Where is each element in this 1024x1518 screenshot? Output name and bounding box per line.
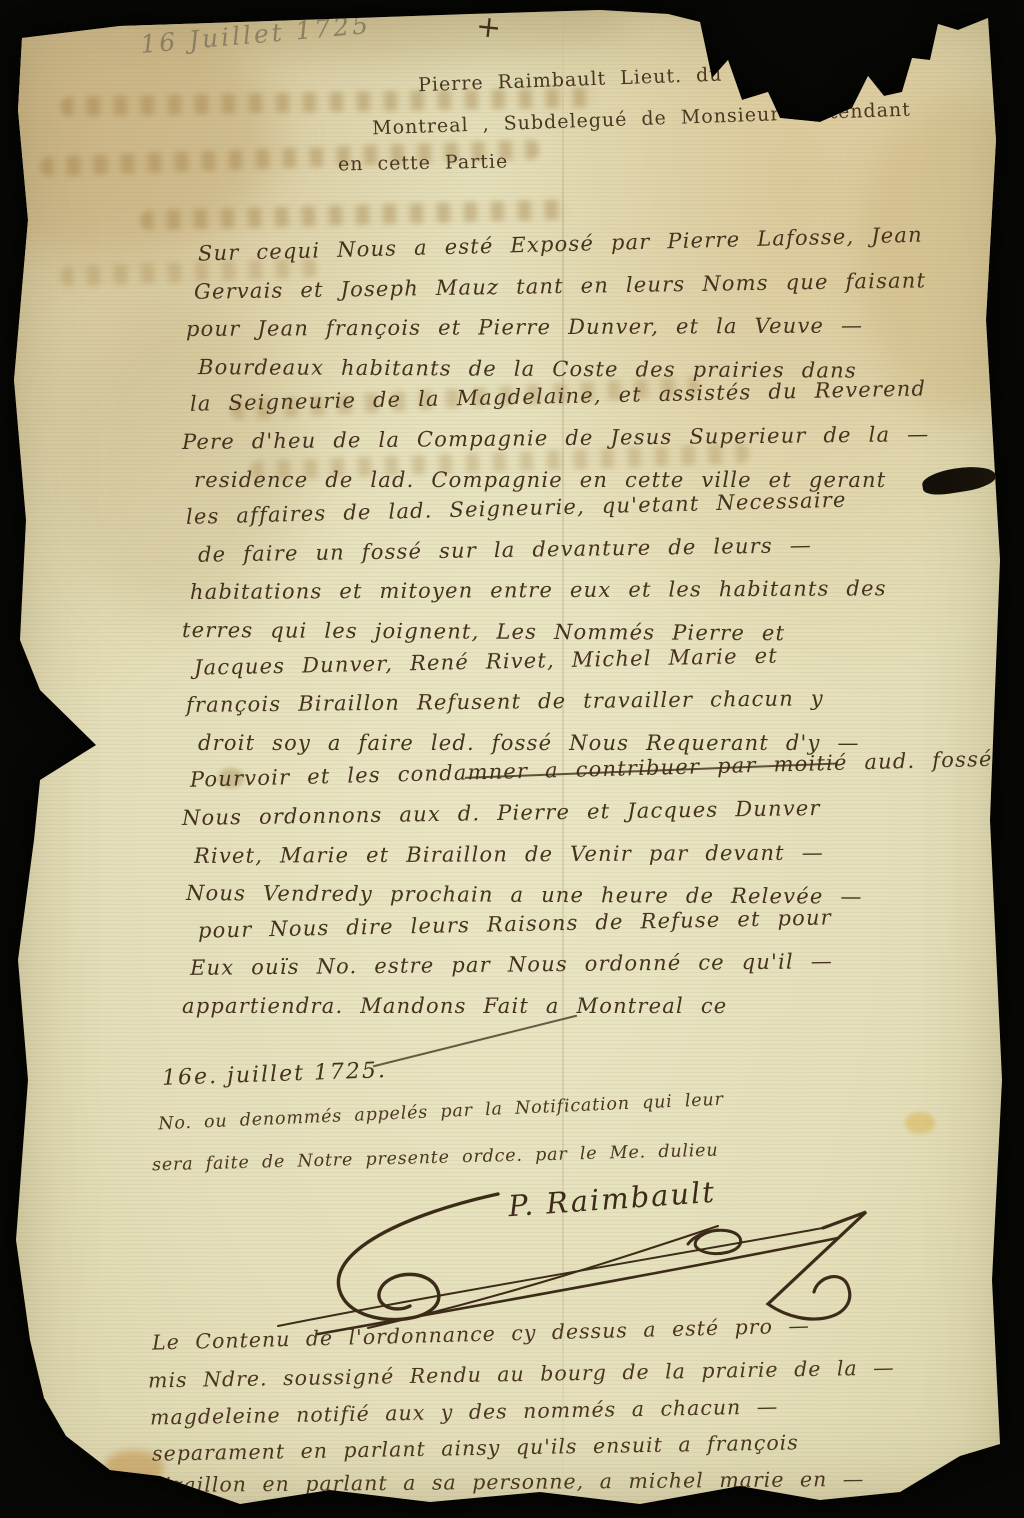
pencil-date-annotation: 16 Juillet 1725 [139,10,372,59]
postscript-line: separament en parlant ainsy qu'ils ensui… [152,1430,799,1465]
manuscript-line: habitations et mitoyen entre eux et les … [190,570,1000,612]
manuscript-line: Eux ouïs No. estre par Nous ordonné ce q… [190,942,1000,988]
header-line: Pierre Raimbault Lieut. du procureurs — [418,58,888,96]
ordinance-body: Sur cequi Nous a esté Exposé par Pierre … [182,236,992,1025]
manuscript-line: Rivet, Marie et Biraillon de Venir par d… [194,833,1004,875]
notification-note-line: No. ou denommés appelés par la Notificat… [158,1090,724,1135]
invocation-cross-mark: + [474,9,503,46]
postscript-line: magdeleine notifié aux y des nommés a ch… [150,1395,779,1430]
manuscript-line: françois Biraillon Refusent de travaille… [186,679,996,725]
photograph-backdrop: 16 Juillet 1725 + Pierre Raimbault Lieut… [0,0,1024,1518]
ink-bleedthrough [140,199,570,230]
paper-sheet-wrap: 16 Juillet 1725 + Pierre Raimbault Lieut… [0,0,1024,1518]
header-line: en cette Partie [338,151,509,176]
date-line: 16e. juillet 1725. [162,1058,388,1091]
manuscript-line: appartiendra. Mandons Fait a Montreal ce [182,988,992,1026]
wax-spot [905,1112,935,1134]
postscript-line: mis Ndre. soussigné Rendu au bourg de la… [148,1355,895,1392]
notification-note-line: sera faite de Notre presente ordce. par … [152,1141,719,1176]
manuscript-page: 16 Juillet 1725 + Pierre Raimbault Lieut… [0,0,1024,1518]
manuscript-line: pour Jean françois et Pierre Dunver, et … [186,307,996,349]
manuscript-line: Pere d'heu de la Compagnie de Jesus Supe… [182,415,992,461]
postscript-line: bizaillon en parlant a sa personne, a mi… [150,1467,864,1497]
header-line: Montreal , Subdelegué de Monsieur l'Inte… [372,99,911,140]
